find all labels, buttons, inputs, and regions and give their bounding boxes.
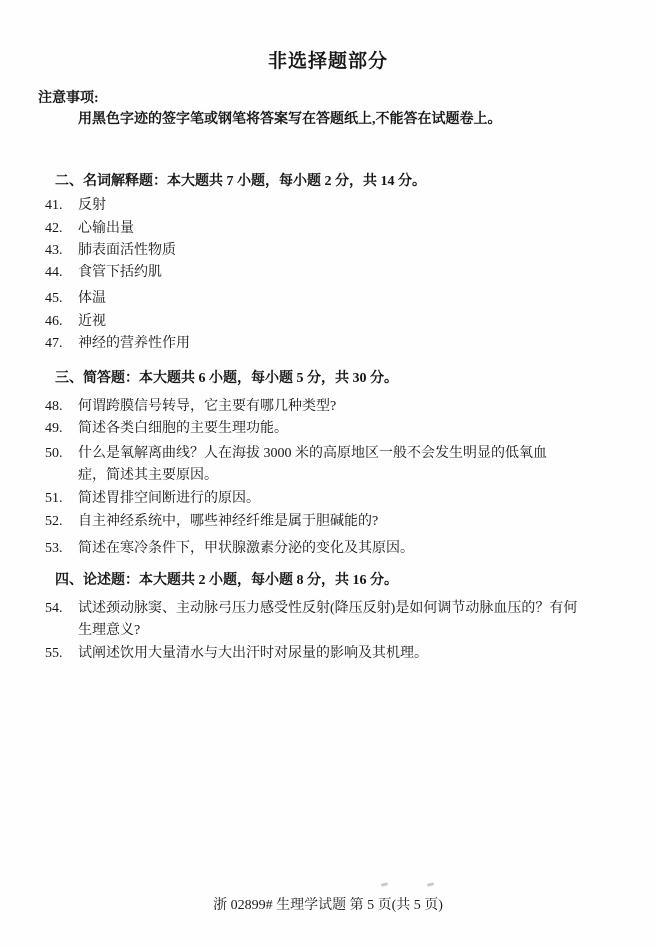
question-46: 46.近视: [45, 311, 106, 333]
question-44: 44.食管下括约肌: [45, 262, 162, 284]
question-55: 55.试阐述饮用大量清水与大出汗时对尿量的影响及其机理。: [45, 643, 428, 665]
question-number: 48.: [45, 396, 78, 418]
question-48: 48.何谓跨膜信号转导，它主要有哪几种类型?: [45, 396, 336, 418]
question-text-line: 试述颈动脉窦、主动脉弓压力感受性反射(降压反射)是如何调节动脉血压的？有何: [78, 598, 577, 620]
question-number: 44.: [45, 262, 78, 284]
section-heading-2: 二、名词解释题：本大题共 7 小题，每小题 2 分，共 14 分。: [55, 171, 426, 193]
question-text-line: 神经的营养性作用: [78, 333, 190, 355]
question-number: 42.: [45, 218, 78, 240]
question-number: 54.: [45, 598, 78, 620]
question-text-line: 试阐述饮用大量清水与大出汗时对尿量的影响及其机理。: [78, 643, 428, 665]
question-51: 51.简述胃排空间断进行的原因。: [45, 488, 260, 510]
page-title: 非选择题部分: [0, 49, 656, 75]
page-footer: 浙 02899# 生理学试题 第 5 页(共 5 页): [0, 895, 656, 917]
question-49: 49.简述各类白细胞的主要生理功能。: [45, 418, 288, 440]
question-45: 45.体温: [45, 288, 106, 310]
question-text-line: 简述各类白细胞的主要生理功能。: [78, 418, 288, 440]
section-heading-3: 三、简答题：本大题共 6 小题，每小题 5 分，共 30 分。: [55, 368, 398, 390]
question-47: 47.神经的营养性作用: [45, 333, 190, 355]
question-text-line: 近视: [78, 311, 106, 333]
question-text-line: 简述在寒冷条件下，甲状腺激素分泌的变化及其原因。: [78, 538, 414, 560]
question-number: 49.: [45, 418, 78, 440]
section-heading-4: 四、论述题：本大题共 2 小题，每小题 8 分，共 16 分。: [55, 570, 398, 592]
question-text-line: 生理意义?: [78, 620, 577, 642]
question-text-line: 何谓跨膜信号转导，它主要有哪几种类型?: [78, 396, 336, 418]
notice-heading: 注意事项:: [38, 88, 99, 110]
question-42: 42.心输出量: [45, 218, 134, 240]
exam-page: 非选择题部分 注意事项: 用黑色字迹的签字笔或钢笔将答案写在答题纸上,不能答在试…: [0, 0, 656, 947]
question-text-line: 症，简述其主要原因。: [78, 465, 547, 487]
question-52: 52.自主神经系统中，哪些神经纤维是属于胆碱能的?: [45, 511, 378, 533]
question-text-line: 心输出量: [78, 218, 134, 240]
question-text-line: 食管下括约肌: [78, 262, 162, 284]
question-text-line: 简述胃排空间断进行的原因。: [78, 488, 260, 510]
question-43: 43.肺表面活性物质: [45, 240, 176, 262]
question-number: 51.: [45, 488, 78, 510]
question-number: 47.: [45, 333, 78, 355]
question-number: 55.: [45, 643, 78, 665]
question-41: 41.反射: [45, 195, 106, 217]
question-text-line: 反射: [78, 195, 106, 217]
question-text-line: 肺表面活性物质: [78, 240, 176, 262]
question-number: 52.: [45, 511, 78, 533]
scan-artifact: [381, 882, 388, 886]
question-number: 45.: [45, 288, 78, 310]
question-number: 41.: [45, 195, 78, 217]
question-text-line: 体温: [78, 288, 106, 310]
scan-artifact: [427, 882, 434, 886]
question-text-line: 自主神经系统中，哪些神经纤维是属于胆碱能的?: [78, 511, 378, 533]
question-50: 50.什么是氧解离曲线？人在海拔 3000 米的高原地区一般不会发生明显的低氧血…: [45, 443, 547, 487]
question-number: 50.: [45, 443, 78, 465]
question-53: 53.简述在寒冷条件下，甲状腺激素分泌的变化及其原因。: [45, 538, 414, 560]
question-text-line: 什么是氧解离曲线？人在海拔 3000 米的高原地区一般不会发生明显的低氧血: [78, 443, 547, 465]
question-number: 53.: [45, 538, 78, 560]
question-number: 46.: [45, 311, 78, 333]
question-54: 54.试述颈动脉窦、主动脉弓压力感受性反射(降压反射)是如何调节动脉血压的？有何…: [45, 598, 577, 642]
notice-body: 用黑色字迹的签字笔或钢笔将答案写在答题纸上,不能答在试题卷上。: [78, 109, 502, 131]
question-number: 43.: [45, 240, 78, 262]
